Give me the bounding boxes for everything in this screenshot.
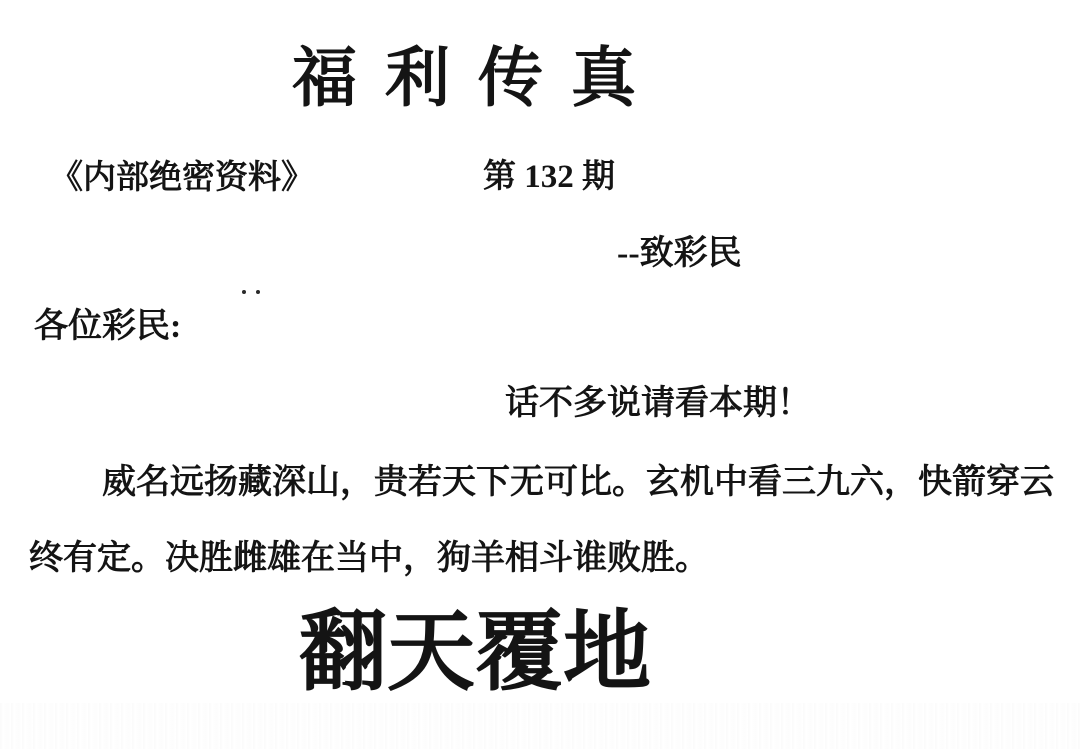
verse-line-1: 威名远扬藏深山，贵若天下无可比。玄机中看三九六，快箭穿云 — [102, 466, 1054, 500]
scan-noise-band — [0, 703, 1080, 749]
verse-line-2: 终有定。决胜雌雄在当中，狗羊相斗谁败胜。 — [29, 542, 709, 576]
issue-number: 第 132 期 — [483, 161, 615, 194]
headline: 翻天覆地 — [299, 610, 651, 698]
ink-speck — [242, 290, 246, 294]
ink-speck — [256, 290, 260, 294]
page-title: 福利传真 — [292, 47, 664, 112]
lead-in-line: 话不多说请看本期！ — [505, 387, 811, 421]
salutation: 各位彩民: — [34, 310, 181, 344]
attribution-line: --致彩民 — [617, 237, 742, 271]
classification-label: 《内部绝密资料》 — [50, 162, 314, 195]
document-page: 福利传真 《内部绝密资料》 第 132 期 --致彩民 各位彩民: 话不多说请看… — [0, 0, 1080, 749]
